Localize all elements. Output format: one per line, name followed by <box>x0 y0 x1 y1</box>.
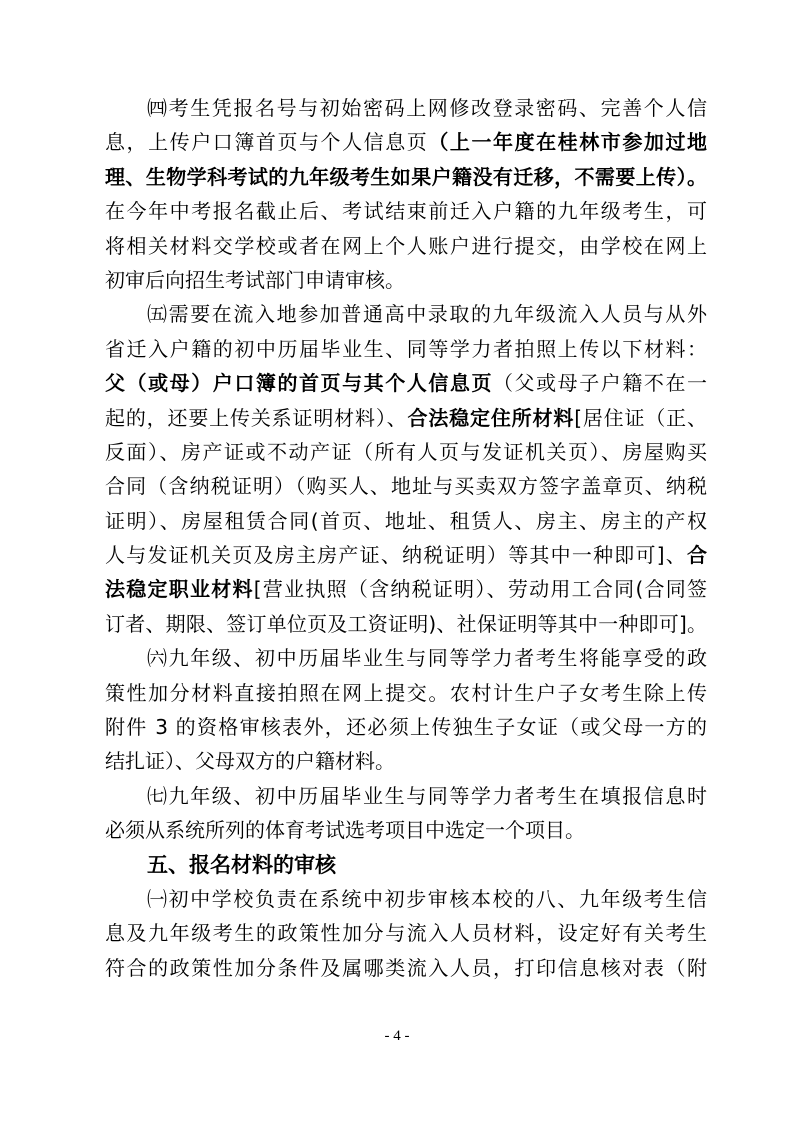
page-number: - 4 - <box>0 1028 794 1045</box>
document-page: ㈣考生凭报名号与初始密码上网修改登录密码、完善个人信息，上传户口簿首页与个人信息… <box>0 0 794 1123</box>
text-line: ㈥九年级、初中历届毕业生与同等学力者考生将能享受的政 <box>105 641 707 675</box>
text-span: ㈥九年级、初中历届毕业生与同等学力者考生将能享受的政 <box>147 646 707 670</box>
text-line: 订者、期限、签订单位页及工资证明)、社保证明等其中一种即可]。 <box>105 607 707 641</box>
body-text: ㈣考生凭报名号与初始密码上网修改登录密码、完善个人信息，上传户口簿首页与个人信息… <box>105 91 707 985</box>
text-line: 初审后向招生考试部门申请审核。 <box>105 263 707 297</box>
text-line: 父（或母）户口簿的首页与其个人信息页（父或母子户籍不在一 <box>105 366 707 400</box>
text-line: 反面）、房产证或不动产证（所有人页与发证机关页）、房屋购买 <box>105 435 707 469</box>
text-span: 结扎证）、父母双方的户籍材料。 <box>105 749 395 773</box>
text-span: 在今年中考报名截止后、考试结束前迁入户籍的九年级考生，可 <box>105 199 707 223</box>
text-span: 符合的政策性加分条件及属哪类流入人员，打印信息核对表（附 <box>105 956 707 980</box>
text-span: 附件 3 的资格审核表外，还必须上传独生子女证（或父母一方的 <box>105 715 707 739</box>
text-span: 初审后向招生考试部门申请审核。 <box>105 268 405 292</box>
text-span: [营业执照（含纳税证明）、劳动用工合同(合同签 <box>254 577 707 601</box>
bold-text: （上一年度在桂林市参加过地 <box>428 130 707 154</box>
text-span: ㈠初中学校负责在系统中初步审核本校的八、九年级考生信 <box>147 887 707 911</box>
text-line: 符合的政策性加分条件及属哪类流入人员，打印信息核对表（附 <box>105 951 707 985</box>
text-span: 证明）、房屋租赁合同(首页、地址、租赁人、房主、房主的产权 <box>105 509 707 533</box>
text-line: 将相关材料交学校或者在网上个人账户进行提交，由学校在网上 <box>105 229 707 263</box>
text-span: ㈣考生凭报名号与初始密码上网修改登录密码、完善个人信 <box>147 96 707 120</box>
text-line: 法稳定职业材料[营业执照（含纳税证明）、劳动用工合同(合同签 <box>105 572 707 606</box>
text-span: 将相关材料交学校或者在网上个人账户进行提交，由学校在网上 <box>105 234 707 258</box>
text-span: ㈦九年级、初中历届毕业生与同等学力者考生在填报信息时 <box>147 784 707 808</box>
text-span: 必须从系统所列的体育考试选考项目中选定一个项目。 <box>105 818 585 842</box>
text-span: [居住证（正、 <box>574 406 707 430</box>
text-span: 合同（含纳税证明）（购买人、地址与买卖双方签字盖章页、纳税 <box>105 474 707 498</box>
text-span: （父或母子户籍不在一 <box>493 371 707 395</box>
text-span: 策性加分材料直接拍照在网上提交。农村计生户子女考生除上传 <box>105 681 707 705</box>
bold-text: 法稳定职业材料 <box>105 577 254 601</box>
text-span: 息及九年级考生的政策性加分与流入人员材料，设定好有关考生 <box>105 921 707 945</box>
text-line: 在今年中考报名截止后、考试结束前迁入户籍的九年级考生，可 <box>105 194 707 228</box>
text-line: 理、生物学科考试的九年级考生如果户籍没有迁移，不需要上传）。 <box>105 160 707 194</box>
text-line: ㈠初中学校负责在系统中初步审核本校的八、九年级考生信 <box>105 882 707 916</box>
text-line: 合同（含纳税证明）（购买人、地址与买卖双方签字盖章页、纳税 <box>105 469 707 503</box>
text-line: 证明）、房屋租赁合同(首页、地址、租赁人、房主、房主的产权 <box>105 504 707 538</box>
text-line: ㈣考生凭报名号与初始密码上网修改登录密码、完善个人信 <box>105 91 707 125</box>
section-heading: 五、报名材料的审核 <box>105 848 707 882</box>
text-span: 息，上传户口簿首页与个人信息页 <box>105 130 428 154</box>
text-line: 省迁入户籍的初中历届毕业生、同等学力者拍照上传以下材料： <box>105 332 707 366</box>
text-span: 起的，还要上传关系证明材料）、 <box>105 406 408 430</box>
text-line: 息及九年级考生的政策性加分与流入人员材料，设定好有关考生 <box>105 916 707 950</box>
bold-text: 合法稳定住所材料 <box>408 406 575 430</box>
bold-text: 父（或母）户口簿的首页与其个人信息页 <box>105 371 493 395</box>
text-span: 反面）、房产证或不动产证（所有人页与发证机关页）、房屋购买 <box>105 440 707 464</box>
text-span: 省迁入户籍的初中历届毕业生、同等学力者拍照上传以下材料： <box>105 337 707 361</box>
text-line: 结扎证）、父母双方的户籍材料。 <box>105 744 707 778</box>
text-line: 起的，还要上传关系证明材料）、合法稳定住所材料[居住证（正、 <box>105 401 707 435</box>
bold-text: 理、生物学科考试的九年级考生如果户籍没有迁移，不需要上传）。 <box>105 165 707 189</box>
text-span: 订者、期限、签订单位页及工资证明)、社保证明等其中一种即可]。 <box>105 612 707 636</box>
text-line: 附件 3 的资格审核表外，还必须上传独生子女证（或父母一方的 <box>105 710 707 744</box>
text-span: 人与发证机关页及房主房产证、纳税证明）等其中一种即可]、 <box>105 543 687 567</box>
text-line: ㈦九年级、初中历届毕业生与同等学力者考生在填报信息时 <box>105 779 707 813</box>
text-line: ㈤需要在流入地参加普通高中录取的九年级流入人员与从外 <box>105 297 707 331</box>
text-line: 人与发证机关页及房主房产证、纳税证明）等其中一种即可]、合 <box>105 538 707 572</box>
bold-text: 合 <box>687 543 707 567</box>
text-line: 息，上传户口簿首页与个人信息页（上一年度在桂林市参加过地 <box>105 125 707 159</box>
bold-text: 五、报名材料的审核 <box>147 853 336 877</box>
text-line: 策性加分材料直接拍照在网上提交。农村计生户子女考生除上传 <box>105 676 707 710</box>
text-span: ㈤需要在流入地参加普通高中录取的九年级流入人员与从外 <box>147 302 707 326</box>
text-line: 必须从系统所列的体育考试选考项目中选定一个项目。 <box>105 813 707 847</box>
